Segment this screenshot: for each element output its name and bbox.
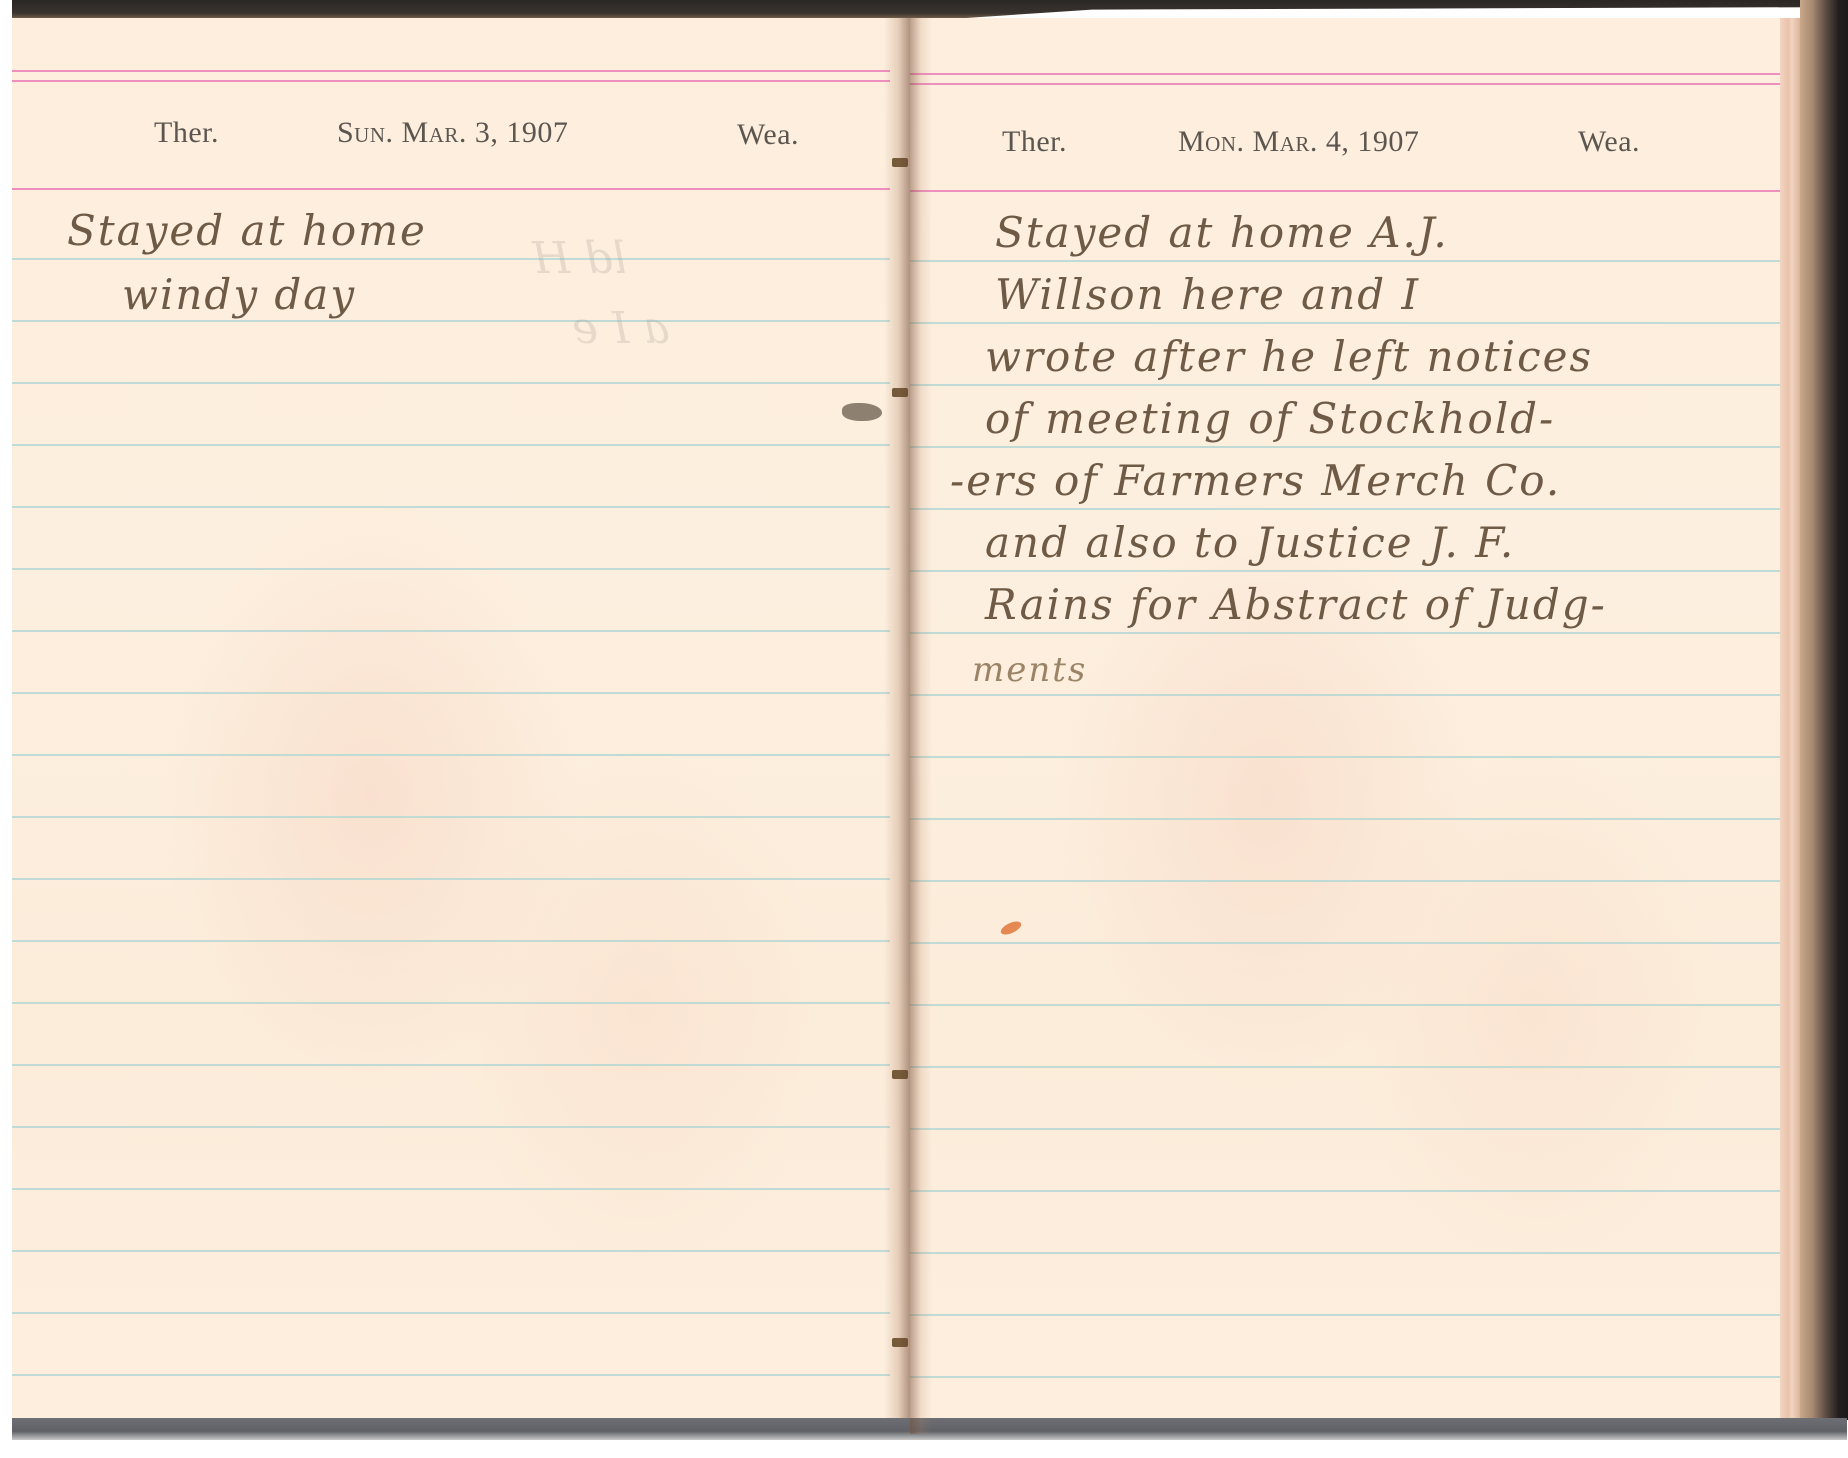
header-rule-bottom [12, 188, 890, 190]
handwritten-entry-line: Stayed at home [67, 206, 427, 255]
ruled-line [12, 816, 890, 818]
ruled-line [910, 1376, 1780, 1378]
header-rule-bottom [910, 190, 1780, 192]
handwritten-entry-line: -ers of Farmers Merch Co. [950, 456, 1561, 505]
header-rule-top [12, 70, 890, 72]
header-rule-top-2 [910, 83, 1780, 85]
header-rule-top [910, 73, 1780, 75]
handwritten-entry-line: windy day [122, 270, 356, 319]
ruled-line [910, 384, 1780, 386]
page-date: Sun. Mar. 3, 1907 [337, 116, 568, 150]
book-cover-edge [1800, 0, 1848, 1420]
ruled-line [12, 630, 890, 632]
binding-stitch [892, 388, 908, 397]
ruled-line [910, 322, 1780, 324]
bleed-through-text: ld H [532, 233, 627, 284]
binding-stitch [892, 1070, 908, 1079]
handwritten-entry-line: and also to Justice J. F. [985, 518, 1515, 567]
ruled-line [910, 1066, 1780, 1068]
ruled-line [12, 1188, 890, 1190]
ruled-line [12, 382, 890, 384]
ruled-line [910, 260, 1780, 262]
ink-stain [999, 919, 1023, 937]
ruled-line [910, 1252, 1780, 1254]
ruled-line [12, 1126, 890, 1128]
ruled-line [12, 506, 890, 508]
right-page: Ther. Mon. Mar. 4, 1907 Wea. Stayed at h… [910, 18, 1800, 1434]
page-date: Mon. Mar. 4, 1907 [1178, 125, 1419, 159]
ruled-line [12, 878, 890, 880]
ther-label: Ther. [1002, 125, 1067, 159]
handwritten-entry-line: ments [972, 650, 1087, 690]
ruled-line [12, 568, 890, 570]
ruled-line [12, 754, 890, 756]
ruled-line [910, 756, 1780, 758]
ruled-line [12, 1374, 890, 1376]
handwritten-entry-line: wrote after he left notices [985, 332, 1593, 381]
ruled-line [910, 1128, 1780, 1130]
ruled-line [910, 818, 1780, 820]
ink-blot [842, 403, 882, 421]
ruled-line [910, 694, 1780, 696]
diary-scan: Ther. Sun. Mar. 3, 1907 Wea. ld H a I e … [0, 0, 1848, 1458]
date-label: Mar. 4, 1907 [1253, 125, 1420, 158]
ruled-line [910, 1190, 1780, 1192]
ruled-line [910, 508, 1780, 510]
ruled-line [910, 1004, 1780, 1006]
handwritten-entry-line: of meeting of Stockhold- [985, 394, 1555, 443]
date-label: Mar. 3, 1907 [402, 116, 569, 149]
ruled-line [12, 444, 890, 446]
ther-label: Ther. [154, 116, 219, 150]
ruled-line [12, 1250, 890, 1252]
ruled-line [12, 1064, 890, 1066]
ruled-line [910, 446, 1780, 448]
ruled-line [910, 1314, 1780, 1316]
binding-stitch [892, 158, 908, 167]
ruled-line [910, 880, 1780, 882]
ruled-line [12, 320, 890, 322]
day-label: Sun. [337, 116, 394, 149]
ruled-line [910, 942, 1780, 944]
day-label: Mon. [1178, 125, 1245, 158]
ruled-line [910, 570, 1780, 572]
ruled-line [12, 258, 890, 260]
bleed-through-text: a I e [572, 303, 670, 354]
wea-label: Wea. [1578, 125, 1640, 159]
ruled-line [12, 1312, 890, 1314]
left-page: Ther. Sun. Mar. 3, 1907 Wea. ld H a I e … [12, 18, 910, 1434]
ruled-line [12, 940, 890, 942]
binding-stitch [892, 1338, 908, 1347]
ruled-line [910, 632, 1780, 634]
wea-label: Wea. [737, 118, 799, 152]
ruled-line [12, 1002, 890, 1004]
ruled-line [12, 692, 890, 694]
handwritten-entry-line: Stayed at home A.J. [995, 208, 1449, 257]
handwritten-entry-line: Rains for Abstract of Judg- [985, 580, 1607, 629]
handwritten-entry-line: Willson here and I [995, 270, 1420, 319]
header-rule-top-2 [12, 80, 890, 82]
